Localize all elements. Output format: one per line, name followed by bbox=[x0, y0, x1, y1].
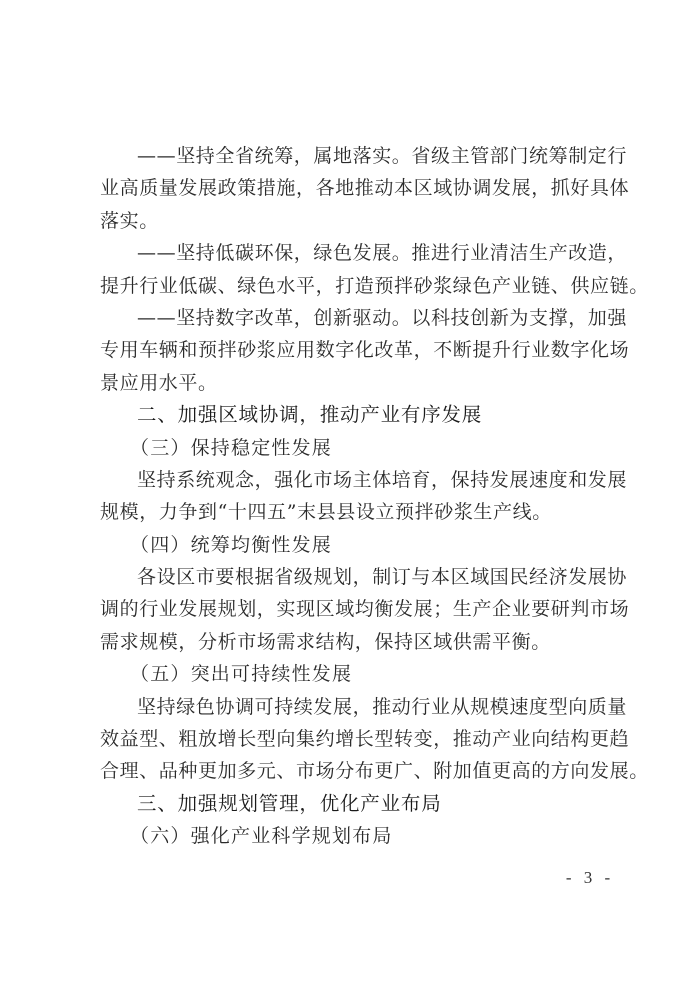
subsection-heading: （三）保持稳定性发展 bbox=[100, 432, 602, 464]
paragraph-line: 规模，力争到“十四五”末县县设立预拌砂浆生产线。 bbox=[100, 496, 602, 528]
paragraph-line: ——坚持低碳环保，绿色发展。推进行业清洁生产改造， bbox=[100, 237, 602, 269]
section-heading: 三、加强规划管理，优化产业布局 bbox=[100, 788, 602, 820]
paragraph-line: 合理、品种更加多元、市场分布更广、附加值更高的方向发展。 bbox=[100, 755, 602, 787]
document-body: ——坚持全省统筹，属地落实。省级主管部门统筹制定行 业高质量发展政策措施，各地推… bbox=[100, 140, 602, 853]
paragraph-line: ——坚持全省统筹，属地落实。省级主管部门统筹制定行 bbox=[100, 140, 602, 172]
paragraph-line: 坚持绿色协调可持续发展，推动行业从规模速度型向质量 bbox=[100, 691, 602, 723]
subsection-heading: （五）突出可持续性发展 bbox=[100, 658, 602, 690]
paragraph-line: 业高质量发展政策措施，各地推动本区域协调发展，抓好具体 bbox=[100, 172, 602, 204]
paragraph-line: 落实。 bbox=[100, 205, 602, 237]
paragraph-line: 需求规模，分析市场需求结构，保持区域供需平衡。 bbox=[100, 626, 602, 658]
paragraph-line: 调的行业发展规划，实现区域均衡发展；生产企业要研判市场 bbox=[100, 593, 602, 625]
paragraph-line: 景应用水平。 bbox=[100, 367, 602, 399]
subsection-heading: （四）统筹均衡性发展 bbox=[100, 529, 602, 561]
section-heading: 二、加强区域协调，推动产业有序发展 bbox=[100, 399, 602, 431]
page-number: - 3 - bbox=[560, 868, 620, 888]
paragraph-line: 各设区市要根据省级规划，制订与本区域国民经济发展协 bbox=[100, 561, 602, 593]
document-page: ——坚持全省统筹，属地落实。省级主管部门统筹制定行 业高质量发展政策措施，各地推… bbox=[0, 0, 700, 997]
paragraph-line: 效益型、粗放增长型向集约增长型转变，推动产业向结构更趋 bbox=[100, 723, 602, 755]
subsection-heading: （六）强化产业科学规划布局 bbox=[100, 820, 602, 852]
paragraph-line: ——坚持数字改革，创新驱动。以科技创新为支撑，加强 bbox=[100, 302, 602, 334]
paragraph-line: 专用车辆和预拌砂浆应用数字化改革，不断提升行业数字化场 bbox=[100, 334, 602, 366]
paragraph-line: 提升行业低碳、绿色水平，打造预拌砂浆绿色产业链、供应链。 bbox=[100, 270, 602, 302]
paragraph-line: 坚持系统观念，强化市场主体培育，保持发展速度和发展 bbox=[100, 464, 602, 496]
